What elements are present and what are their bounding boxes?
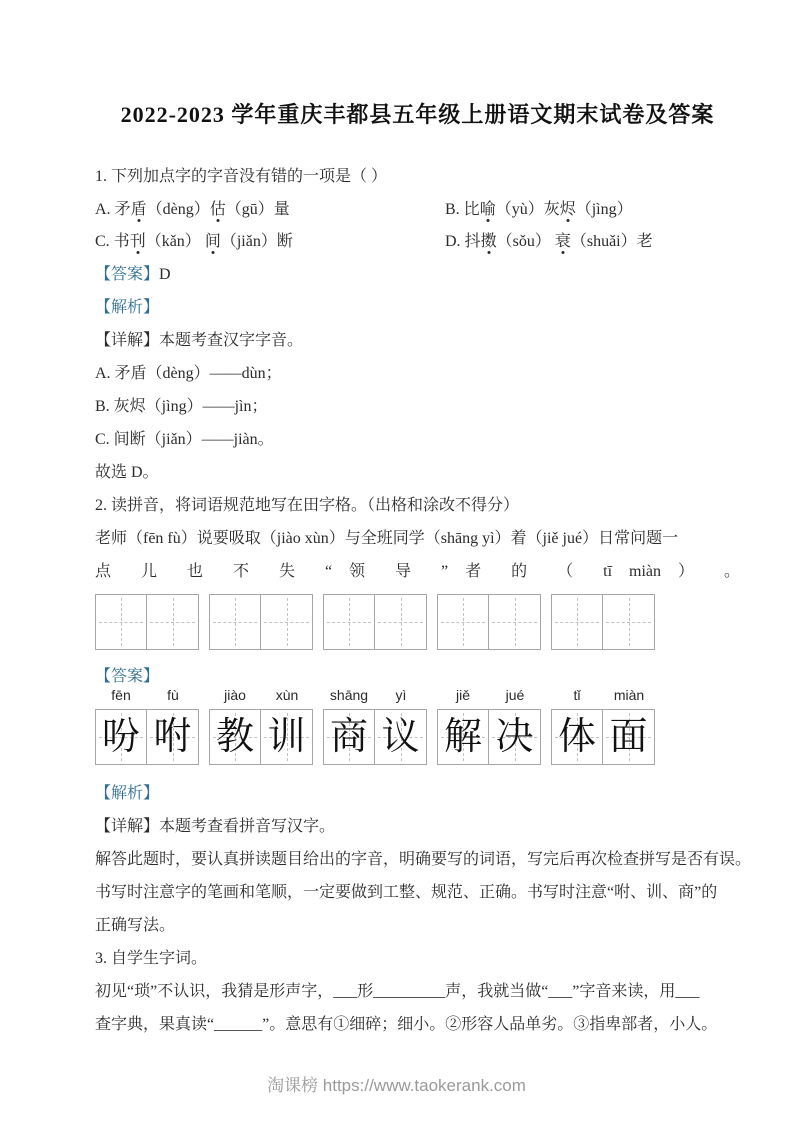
answer-tianzige-cell: 面 — [603, 709, 655, 765]
answer-tianzige-cell: 商 — [323, 709, 375, 765]
q3-text-block: 初见“琐”不认识，我猜是形声字，___形_________声，我就当做“___”… — [95, 981, 740, 1035]
answer-tianzige-cell: 解 — [437, 709, 489, 765]
pinyin-syllable: miàn — [603, 687, 655, 703]
answer-character: 体 — [552, 710, 602, 764]
q1-answer-value: D — [159, 266, 171, 283]
tianzige-cell — [95, 594, 147, 650]
q1-analysis-label: 【解析】 — [95, 299, 159, 316]
answer-grid-row: 吩咐教训商议解决体面 — [95, 709, 740, 765]
tianzige-cell — [147, 594, 199, 650]
option-text: 书 — [114, 233, 130, 250]
answer-tianzige-cell: 体 — [551, 709, 603, 765]
answer-tianzige-cell: 议 — [375, 709, 427, 765]
option-text: （jiǎn）断 — [221, 233, 293, 250]
pinyin-syllable: fēn — [95, 687, 147, 703]
q2-detail-line: 正确写法。 — [95, 915, 740, 936]
q1-detail-line: B. 灰烬（jìng）——jìn； — [95, 396, 740, 417]
q1-detail-line: C. 间断（jiǎn）——jiàn。 — [95, 429, 740, 450]
q2-text-line2: 点 儿 也 不 失 “ 领 导 ” 者 的 （ tī miàn ） 。 — [95, 561, 740, 582]
q2-analysis-line: 【解析】 — [95, 783, 740, 804]
footer-watermark: 淘课榜 https://www.taokerank.com — [0, 1071, 793, 1096]
answer-word-group: 体面 — [551, 709, 655, 765]
dotted-char: 刊 — [130, 233, 146, 250]
tianzige-group — [323, 594, 427, 650]
tianzige-group — [95, 594, 199, 650]
answer-character: 解 — [438, 710, 488, 764]
q3-text-line: 查字典，果真读“______”。意思有①细碎；细小。②形容人品单劣。③指卑部者，… — [95, 1014, 740, 1035]
option-text: 矛 — [115, 201, 131, 218]
answer-tianzige-cell: 吩 — [95, 709, 147, 765]
answer-character: 面 — [603, 710, 654, 764]
q1-answer-label: 【答案】 — [95, 266, 159, 283]
q1-detail-line: 【详解】本题考查汉字字音。 — [95, 330, 740, 351]
answer-character: 商 — [324, 710, 374, 764]
q1-detail-line: A. 矛盾（dèng）——dùn； — [95, 363, 740, 384]
tianzige-cell — [261, 594, 313, 650]
q2-stem: 2. 读拼音，将词语规范地写在田字格。（出格和涂改不得分） — [95, 495, 740, 516]
exam-page: 2022-2023 学年重庆丰都县五年级上册语文期末试卷及答案 1. 下列加点字… — [0, 0, 793, 1122]
option-text: （dèng） — [147, 201, 210, 218]
dotted-char: 盾 — [131, 201, 147, 218]
option-text: （kǎn） — [146, 233, 205, 250]
q1-option-label: C. — [95, 233, 114, 250]
dotted-char: 间 — [205, 233, 221, 250]
q1-option: D. 抖擞（sǒu） 衰（shuǎi）老 — [445, 231, 740, 252]
pinyin-syllable: jué — [489, 687, 541, 703]
answer-word-group: 教训 — [209, 709, 313, 765]
q2-detail-line: 【详解】本题考查看拼音写汉字。 — [95, 816, 740, 837]
pinyin-syllable: xùn — [261, 687, 313, 703]
option-text: （gū）量 — [226, 201, 290, 218]
tianzige-cell — [375, 594, 427, 650]
tianzige-group — [209, 594, 313, 650]
answer-tianzige-cell: 决 — [489, 709, 541, 765]
tianzige-cell — [489, 594, 541, 650]
answer-character: 咐 — [147, 710, 198, 764]
option-text: （shuǎi）老 — [571, 233, 653, 250]
answer-character: 吩 — [96, 710, 146, 764]
pinyin-group: tǐmiàn — [551, 687, 655, 703]
pinyin-syllable: fù — [147, 687, 199, 703]
pinyin-group: fēnfù — [95, 687, 199, 703]
q1-answer-line: 【答案】D — [95, 264, 740, 285]
dotted-char: 喻 — [480, 201, 496, 218]
q1-analysis-line: 【解析】 — [95, 297, 740, 318]
dotted-char: 擞 — [481, 233, 497, 250]
q1-option-label: B. — [445, 201, 464, 218]
answer-word-group: 解决 — [437, 709, 541, 765]
q2-answer-line: 【答案】 — [95, 666, 740, 687]
dotted-char: 估 — [210, 201, 226, 218]
dotted-char: 烬 — [560, 201, 576, 218]
answer-tianzige-cell: 咐 — [147, 709, 199, 765]
q1-detail-line: 故选 D。 — [95, 462, 740, 483]
tianzige-group — [551, 594, 655, 650]
q2-analysis-label: 【解析】 — [95, 785, 159, 802]
q1-option: A. 矛盾（dèng）估（gū）量 — [95, 199, 445, 220]
answer-pinyin-row: fēnfùjiàoxùnshāngyìjiějuétǐmiàn — [95, 687, 740, 703]
q1-option: C. 书刊（kǎn） 间（jiǎn）断 — [95, 231, 445, 252]
pinyin-syllable: tǐ — [551, 687, 603, 703]
q2-text-line1: 老师（fēn fù）说要吸取（jiào xùn）与全班同学（shāng yì）着… — [95, 528, 740, 549]
q3-text-line: 初见“琐”不认识，我猜是形声字，___形_________声，我就当做“___”… — [95, 981, 740, 1002]
pinyin-syllable: shāng — [323, 687, 375, 703]
tianzige-cell — [603, 594, 655, 650]
option-text: （sǒu） — [497, 233, 555, 250]
pinyin-group: shāngyì — [323, 687, 427, 703]
q1-option-label: A. — [95, 201, 115, 218]
tianzige-cell — [437, 594, 489, 650]
answer-tianzige-cell: 训 — [261, 709, 313, 765]
tianzige-cell — [551, 594, 603, 650]
q3-stem: 3. 自学生字词。 — [95, 948, 740, 969]
dotted-char: 衰 — [555, 233, 571, 250]
option-text: 抖 — [465, 233, 481, 250]
q2-answer-label: 【答案】 — [95, 668, 159, 685]
tianzige-empty-row — [95, 594, 740, 650]
q1-detail-block: 【详解】本题考查汉字字音。A. 矛盾（dèng）——dùn；B. 灰烬（jìng… — [95, 330, 740, 483]
answer-character: 训 — [261, 710, 312, 764]
answer-character: 决 — [489, 710, 540, 764]
q1-options: A. 矛盾（dèng）估（gū）量B. 比喻（yù）灰烬（jìng）C. 书刊（… — [95, 199, 740, 252]
q1-stem: 1. 下列加点字的字音没有错的一项是（ ） — [95, 166, 740, 187]
tianzige-cell — [323, 594, 375, 650]
answer-word-group: 商议 — [323, 709, 427, 765]
option-text: （yù）灰 — [496, 201, 560, 218]
tianzige-group — [437, 594, 541, 650]
option-text: （jìng） — [576, 201, 633, 218]
q2-detail-line: 书写时注意字的笔画和笔顺，一定要做到工整、规范、正确。书写时注意“咐、训、商”的 — [95, 882, 740, 903]
q1-option: B. 比喻（yù）灰烬（jìng） — [445, 199, 740, 220]
q1-option-label: D. — [445, 233, 465, 250]
answer-character: 议 — [375, 710, 426, 764]
pinyin-syllable: jiào — [209, 687, 261, 703]
pinyin-group: jiàoxùn — [209, 687, 313, 703]
answer-word-group: 吩咐 — [95, 709, 199, 765]
q2-detail-line: 解答此题时，要认真拼读题目给出的字音，明确要写的词语，写完后再次检查拼写是否有误… — [95, 849, 740, 870]
answer-tianzige-cell: 教 — [209, 709, 261, 765]
q2-detail-block: 【详解】本题考查看拼音写汉字。解答此题时，要认真拼读题目给出的字音，明确要写的词… — [95, 816, 740, 936]
pinyin-syllable: yì — [375, 687, 427, 703]
pinyin-group: jiějué — [437, 687, 541, 703]
page-title: 2022-2023 学年重庆丰都县五年级上册语文期末试卷及答案 — [95, 100, 740, 130]
option-text: 比 — [464, 201, 480, 218]
tianzige-cell — [209, 594, 261, 650]
answer-character: 教 — [210, 710, 260, 764]
pinyin-syllable: jiě — [437, 687, 489, 703]
